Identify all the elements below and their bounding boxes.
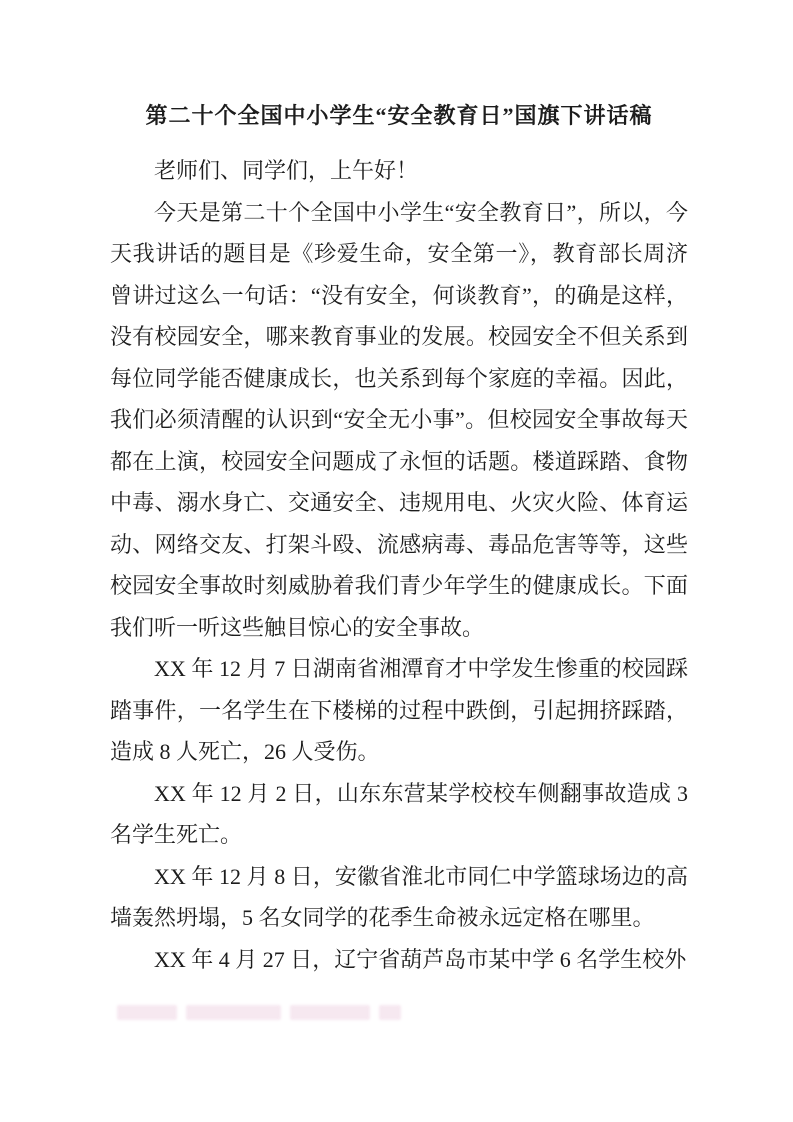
paragraph: XX 年 12 月 2 日，山东东营某学校校车侧翻事故造成 3 名学生死亡。: [110, 773, 688, 856]
paragraph: XX 年 12 月 8 日，安徽省淮北市同仁中学篮球场边的高墙轰然坍塌，5 名女…: [110, 856, 688, 939]
document-content: 第二十个全国中小学生“安全教育日”国旗下讲话稿 老师们、同学们，上午好！今天是第…: [110, 95, 688, 980]
watermark-text-block: [186, 1005, 281, 1020]
paragraph: 老师们、同学们，上午好！: [110, 150, 688, 192]
document-body: 老师们、同学们，上午好！今天是第二十个全国中小学生“安全教育日”，所以，今天我讲…: [110, 150, 688, 980]
paragraph: XX 年 12 月 7 日湖南省湘潭育才中学发生惨重的校园踩踏事件，一名学生在下…: [110, 648, 688, 773]
document-page: 第二十个全国中小学生“安全教育日”国旗下讲话稿 老师们、同学们，上午好！今天是第…: [0, 0, 793, 1122]
watermark-text-block: [379, 1005, 401, 1020]
paragraph: XX 年 4 月 27 日，辽宁省葫芦岛市某中学 6 名学生校外: [110, 939, 688, 981]
watermark: [117, 1004, 401, 1021]
paragraph: 今天是第二十个全国中小学生“安全教育日”，所以，今天我讲话的题目是《珍爱生命，安…: [110, 192, 688, 649]
watermark-text-block: [117, 1005, 177, 1020]
watermark-text-block: [290, 1005, 370, 1020]
document-title: 第二十个全国中小学生“安全教育日”国旗下讲话稿: [110, 95, 688, 137]
